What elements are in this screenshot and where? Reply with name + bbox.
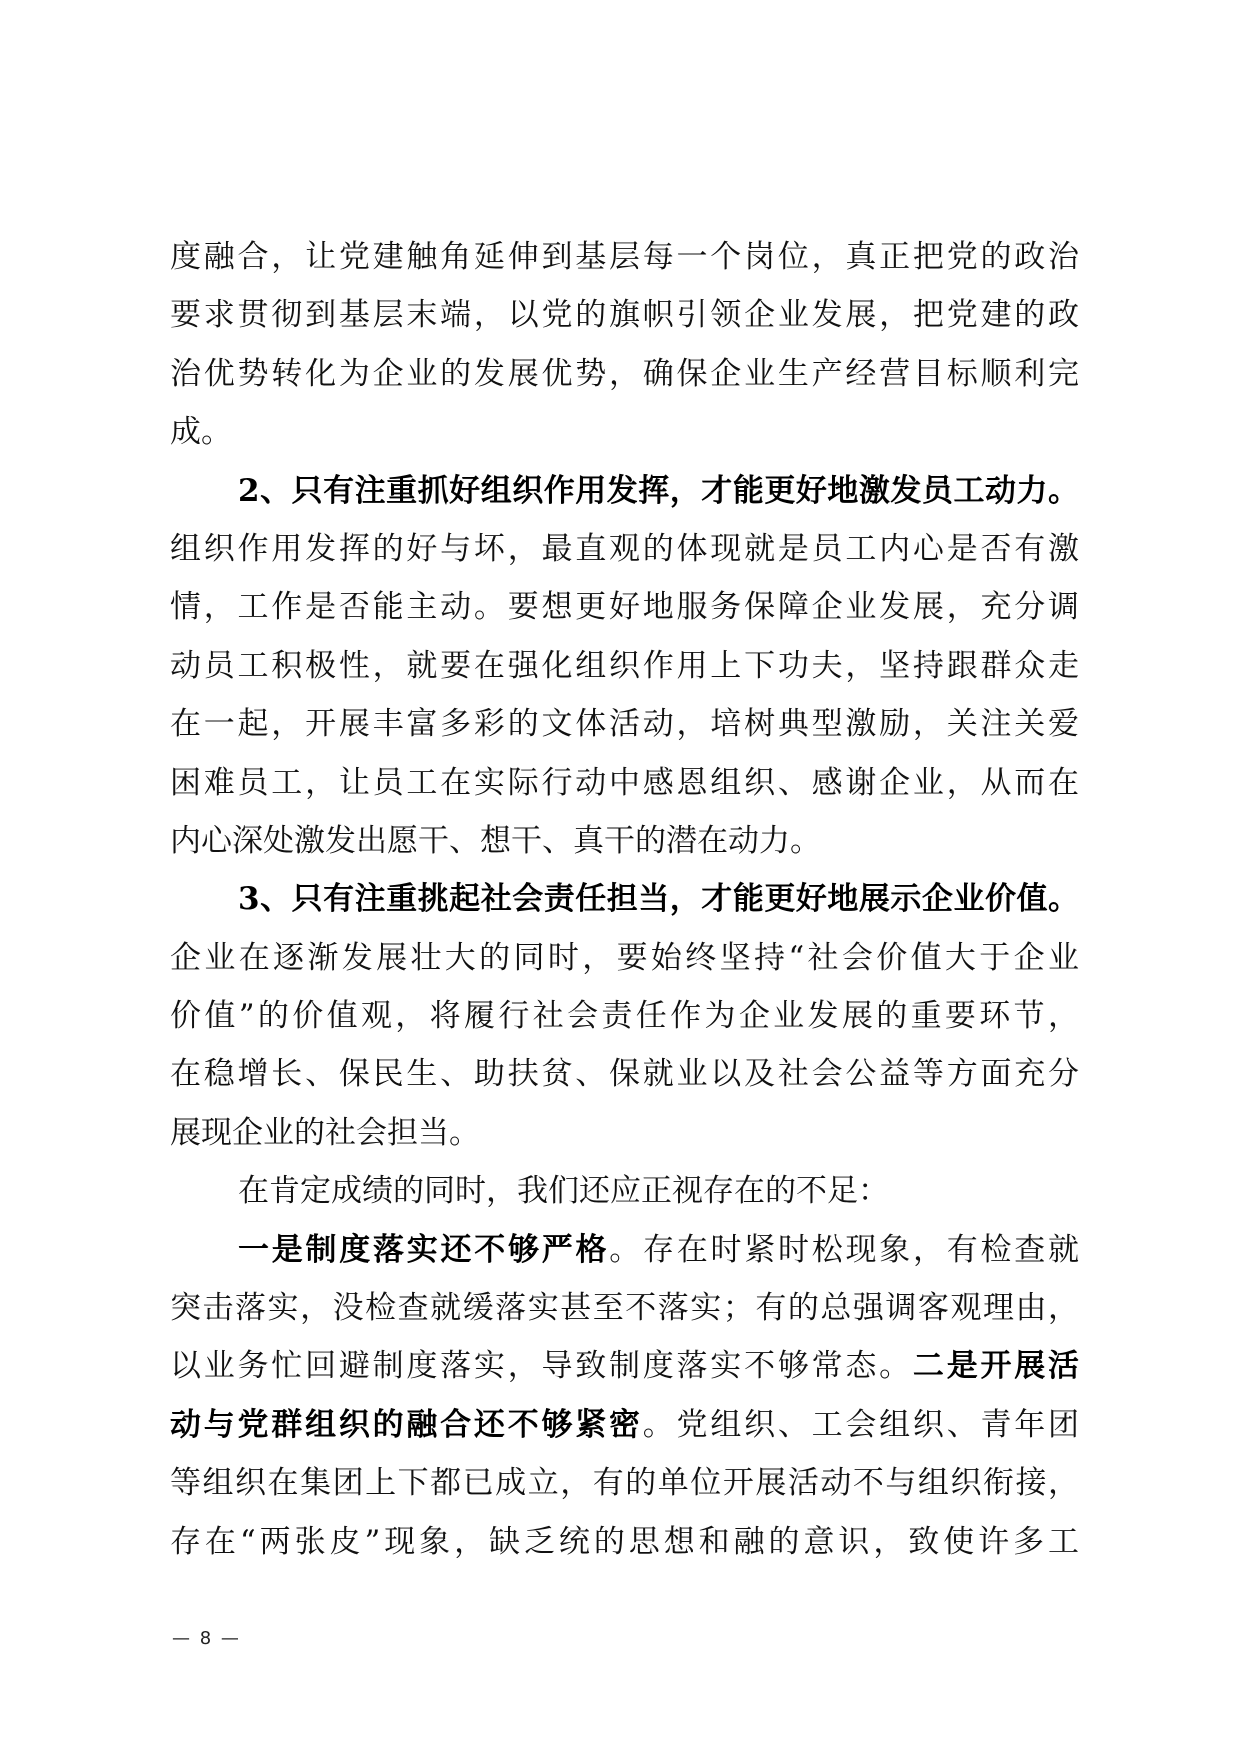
text-line: 组织作用发挥的好与坏，最直观的体现就是员工内心是否有激 [170, 520, 1079, 578]
text-segment: 。党组织、工会组织、青年团 [643, 1407, 1079, 1443]
text-line: 存在“两张皮”现象，缺乏统的思想和融的意识，致使许多工 [170, 1513, 1079, 1571]
emphasis-point-1: 一是制度落实还不够严格 [238, 1232, 609, 1268]
paragraph-point-3: 3、只有注重挑起社会责任担当，才能更好地展示企业价值。 企业在逐渐发展壮大的同时… [170, 870, 1079, 1162]
emphasis-point-2: 二是开展活 [913, 1348, 1079, 1384]
section-heading: 3、只有注重挑起社会责任担当，才能更好地展示企业价值。 [170, 870, 1079, 928]
paragraph-continuation: 度融合，让党建触角延伸到基层每一个岗位，真正把党的政治 要求贯彻到基层末端，以党… [170, 228, 1079, 462]
text-line: 成。 [170, 403, 1079, 461]
document-page: 度融合，让党建触角延伸到基层每一个岗位，真正把党的政治 要求贯彻到基层末端，以党… [0, 0, 1241, 1754]
text-line: 等组织在集团上下都已成立，有的单位开展活动不与组织衔接， [170, 1454, 1079, 1512]
text-line: 动员工积极性，就要在强化组织作用上下功夫，坚持跟群众走 [170, 637, 1079, 695]
text-line: 在肯定成绩的同时，我们还应正视存在的不足： [170, 1162, 1079, 1220]
text-line: 展现企业的社会担当。 [170, 1104, 1079, 1162]
text-line: 突击落实，没检查就缓落实甚至不落实；有的总强调客观理由， [170, 1279, 1079, 1337]
text-line: 价值”的价值观，将履行社会责任作为企业发展的重要环节， [170, 987, 1079, 1045]
text-line: 动与党群组织的融合还不够紧密。党组织、工会组织、青年团 [170, 1396, 1079, 1454]
paragraph-shortcomings-intro: 在肯定成绩的同时，我们还应正视存在的不足： [170, 1162, 1079, 1220]
body-text: 度融合，让党建触角延伸到基层每一个岗位，真正把党的政治 要求贯彻到基层末端，以党… [170, 228, 1079, 1571]
text-line: 企业在逐渐发展壮大的同时，要始终坚持“社会价值大于企业 [170, 929, 1079, 987]
text-line: 一是制度落实还不够严格。存在时紧时松现象，有检查就 [170, 1221, 1079, 1279]
text-line: 内心深处激发出愿干、想干、真干的潜在动力。 [170, 812, 1079, 870]
paragraph-shortcomings: 一是制度落实还不够严格。存在时紧时松现象，有检查就 突击落实，没检查就缓落实甚至… [170, 1221, 1079, 1571]
text-line: 在稳增长、保民生、助扶贫、保就业以及社会公益等方面充分 [170, 1045, 1079, 1103]
text-line: 在一起，开展丰富多彩的文体活动，培树典型激励，关注关爱 [170, 695, 1079, 753]
text-line: 困难员工，让员工在实际行动中感恩组织、感谢企业，从而在 [170, 754, 1079, 812]
emphasis-point-2-cont: 动与党群组织的融合还不够紧密 [170, 1407, 643, 1443]
text-line: 度融合，让党建触角延伸到基层每一个岗位，真正把党的政治 [170, 228, 1079, 286]
paragraph-point-2: 2、只有注重抓好组织作用发挥，才能更好地激发员工动力。 组织作用发挥的好与坏，最… [170, 462, 1079, 871]
text-line: 要求贯彻到基层末端，以党的旗帜引领企业发展，把党建的政 [170, 286, 1079, 344]
text-line: 情，工作是否能主动。要想更好地服务保障企业发展，充分调 [170, 578, 1079, 636]
text-segment: 以业务忙回避制度落实，导致制度落实不够常态。 [170, 1348, 913, 1384]
text-line: 治优势转化为企业的发展优势，确保企业生产经营目标顺利完 [170, 345, 1079, 403]
section-heading: 2、只有注重抓好组织作用发挥，才能更好地激发员工动力。 [170, 462, 1079, 520]
text-segment: 。存在时紧时松现象，有检查就 [609, 1232, 1079, 1268]
text-line: 以业务忙回避制度落实，导致制度落实不够常态。二是开展活 [170, 1337, 1079, 1395]
page-number: — 8 — [172, 1628, 241, 1649]
